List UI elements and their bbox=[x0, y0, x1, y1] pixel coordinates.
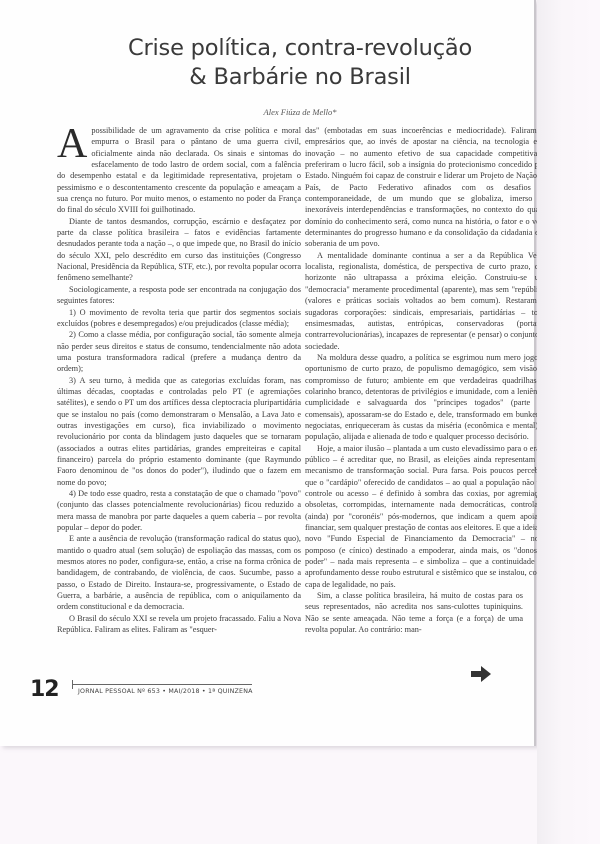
paragraph: Sim, a classe política brasileira, há mu… bbox=[305, 590, 549, 635]
paragraph: das" (embotadas em suas incoerências e m… bbox=[305, 125, 549, 250]
paragraph: 4) De todo esse quadro, resta a constata… bbox=[57, 488, 301, 533]
scan-edge-shadow bbox=[537, 0, 600, 844]
right-column: das" (embotadas em suas incoerências e m… bbox=[305, 125, 549, 635]
paragraph: A mentalidade dominante continua a ser a… bbox=[305, 250, 549, 352]
left-column: A possibilidade de um agravamento da cri… bbox=[57, 125, 301, 635]
footer-rule bbox=[72, 684, 252, 685]
page-number: 12 bbox=[30, 680, 59, 700]
title-line-2: & Barbárie no Brasil bbox=[189, 64, 411, 90]
paragraph: O Brasil do século XXI se revela um proj… bbox=[57, 613, 301, 636]
drop-cap: A bbox=[57, 127, 87, 161]
paragraph: 2) Como a classe média, por configuração… bbox=[57, 329, 301, 374]
paragraph: Hoje, a maior ilusão – plantada a um cus… bbox=[305, 443, 549, 590]
paragraph: Sociologicamente, a resposta pode ser en… bbox=[57, 284, 301, 307]
paragraph: Diante de tantos desmandos, corrupção, e… bbox=[57, 216, 301, 284]
byline: Alex Fiúza de Mello* bbox=[0, 107, 600, 117]
paragraph: E ante a ausência de revolução (transfor… bbox=[57, 533, 301, 612]
paragraph: 3) A seu turno, à medida que as categori… bbox=[57, 375, 301, 488]
publication-info: JORNAL PESSOAL Nº 653 • MAI/2018 • 1ª QU… bbox=[78, 688, 253, 695]
article-title: Crise política, contra-revolução & Barbá… bbox=[0, 34, 600, 92]
paragraph: A possibilidade de um agravamento da cri… bbox=[57, 125, 301, 216]
title-line-1: Crise política, contra-revolução bbox=[128, 35, 472, 61]
paragraph: Na moldura desse quadro, a política se e… bbox=[305, 352, 549, 443]
paragraph: 1) O movimento de revolta teria que part… bbox=[57, 307, 301, 330]
newspaper-page: Crise política, contra-revolução & Barbá… bbox=[0, 0, 536, 746]
page-footer: 12 JORNAL PESSOAL Nº 653 • MAI/2018 • 1ª… bbox=[30, 680, 59, 700]
continue-arrow-icon bbox=[471, 666, 491, 682]
